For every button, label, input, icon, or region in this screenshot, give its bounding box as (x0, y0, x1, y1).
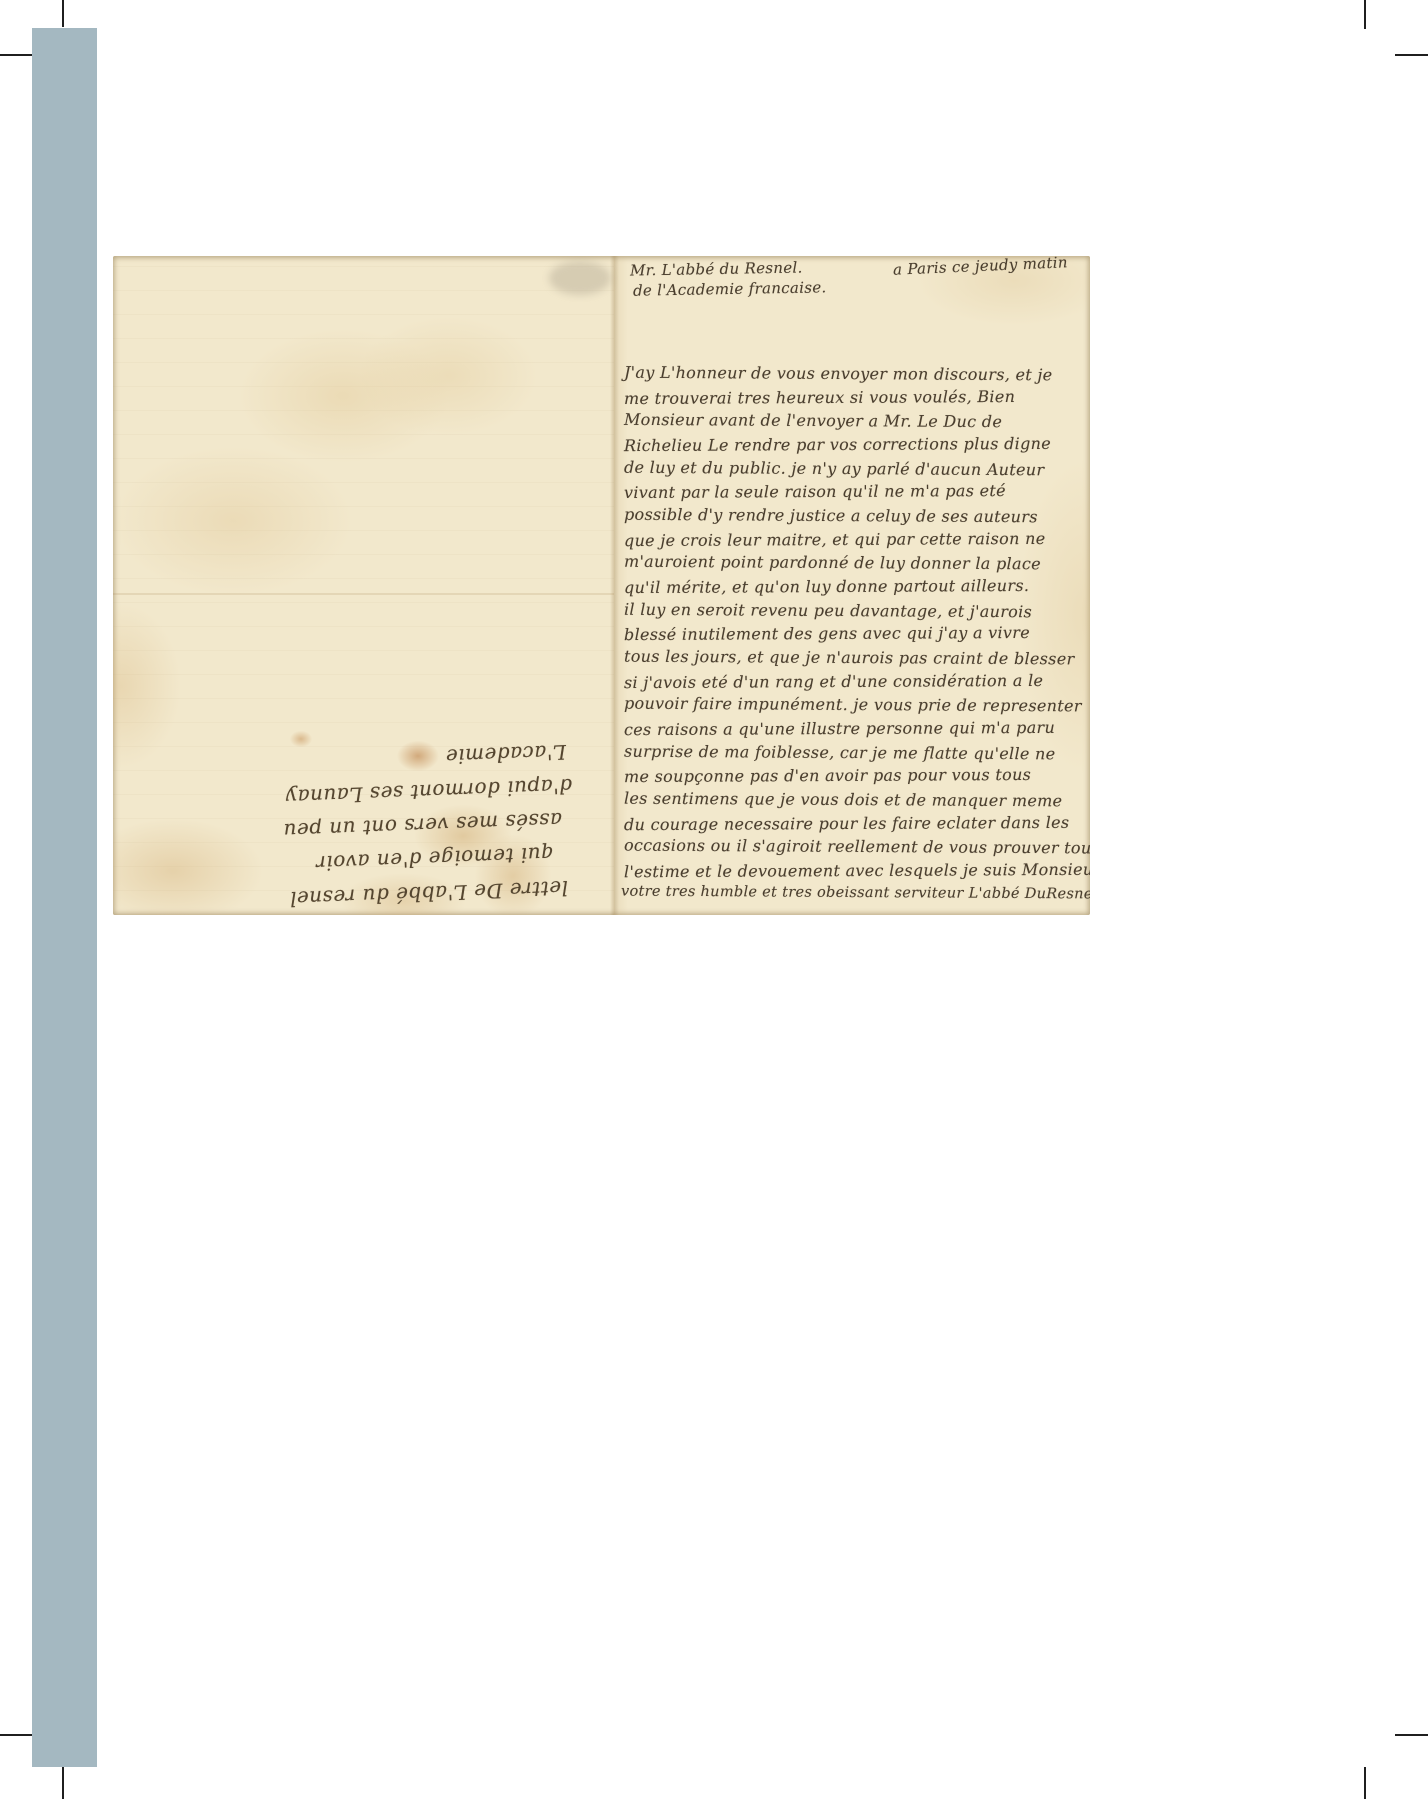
crop-mark-top-right-vertical (1364, 0, 1366, 29)
letter-scan: Mr. L'abbé du Resnel. de l'Academie fran… (113, 256, 1090, 915)
body-line: blessé inutilement des gens avec qui j'a… (624, 623, 1030, 644)
body-line: occasions ou il s'agiroit reellement de … (624, 836, 1090, 858)
body-line: Richelieu Le rendre par vos corrections … (624, 434, 1051, 455)
crop-mark-top-right-horizontal (1395, 54, 1428, 56)
body-line: si j'avois eté d'un rang et d'une consid… (624, 671, 1043, 692)
body-signature-line: votre tres humble et tres obeissant serv… (621, 884, 1090, 903)
body-line: possible d'y rendre justice a celuy de s… (624, 505, 1038, 527)
body-line: ces raisons a qu'une illustre personne q… (624, 718, 1055, 739)
body-line: que je crois leur maitre, et qui par cet… (624, 529, 1046, 550)
body-line: vivant par la seule raison qu'il ne m'a … (624, 481, 1006, 502)
heading-recipient-line-2: de l'Academie francaise. (633, 278, 827, 299)
body-line: du courage necessaire pour les faire ecl… (624, 813, 1069, 834)
letter-horizontal-crease (113, 593, 614, 595)
heading-dateline: a Paris ce jeudy matin (893, 256, 1068, 279)
crop-mark-bottom-right-horizontal (1395, 1734, 1428, 1736)
body-line: Monsieur avant de l'envoyer a Mr. Le Duc… (624, 410, 1002, 431)
crop-mark-bottom-left-horizontal (0, 1734, 32, 1736)
crop-mark-bottom-left-vertical (62, 1767, 64, 1799)
printed-page: Mr. L'abbé du Resnel. de l'Academie fran… (0, 0, 1428, 1799)
body-line: me trouverai tres heureux si vous voulés… (624, 387, 1015, 408)
crop-mark-top-left-horizontal (0, 54, 32, 56)
body-line: J'ay L'honneur de vous envoyer mon disco… (624, 363, 1053, 385)
body-line: me soupçonne pas d'en avoir pas pour vou… (624, 765, 1031, 786)
crop-mark-top-left-vertical (62, 0, 64, 27)
body-line: surprise de ma foiblesse, car je me flat… (624, 742, 1056, 764)
body-line: de luy et du public. je n'y ay parlé d'a… (624, 458, 1044, 480)
body-line: qu'il mérite, et qu'on luy donne partout… (624, 576, 1029, 597)
body-line: m'auroient point pardonné de luy donner … (624, 552, 1041, 574)
body-line: pouvoir faire impunément. je vous prie d… (624, 694, 1082, 716)
verso-docket-note: lettre De L'abbé du resnel qui temoige d… (153, 735, 568, 905)
body-line: tous les jours, et que je n'aurois pas c… (624, 647, 1075, 669)
crop-mark-bottom-right-vertical (1364, 1767, 1366, 1799)
body-line: les sentimens que je vous dois et de man… (624, 789, 1062, 811)
heading-recipient-line-1: Mr. L'abbé du Resnel. (630, 258, 803, 279)
letter-center-fold (610, 256, 619, 915)
faded-stamp-smudge (549, 261, 611, 295)
margin-accent-bar (32, 28, 97, 1767)
body-line: il luy en seroit revenu peu davantage, e… (624, 600, 1032, 621)
body-line: l'estime et le devouement avec lesquels … (624, 860, 1090, 881)
